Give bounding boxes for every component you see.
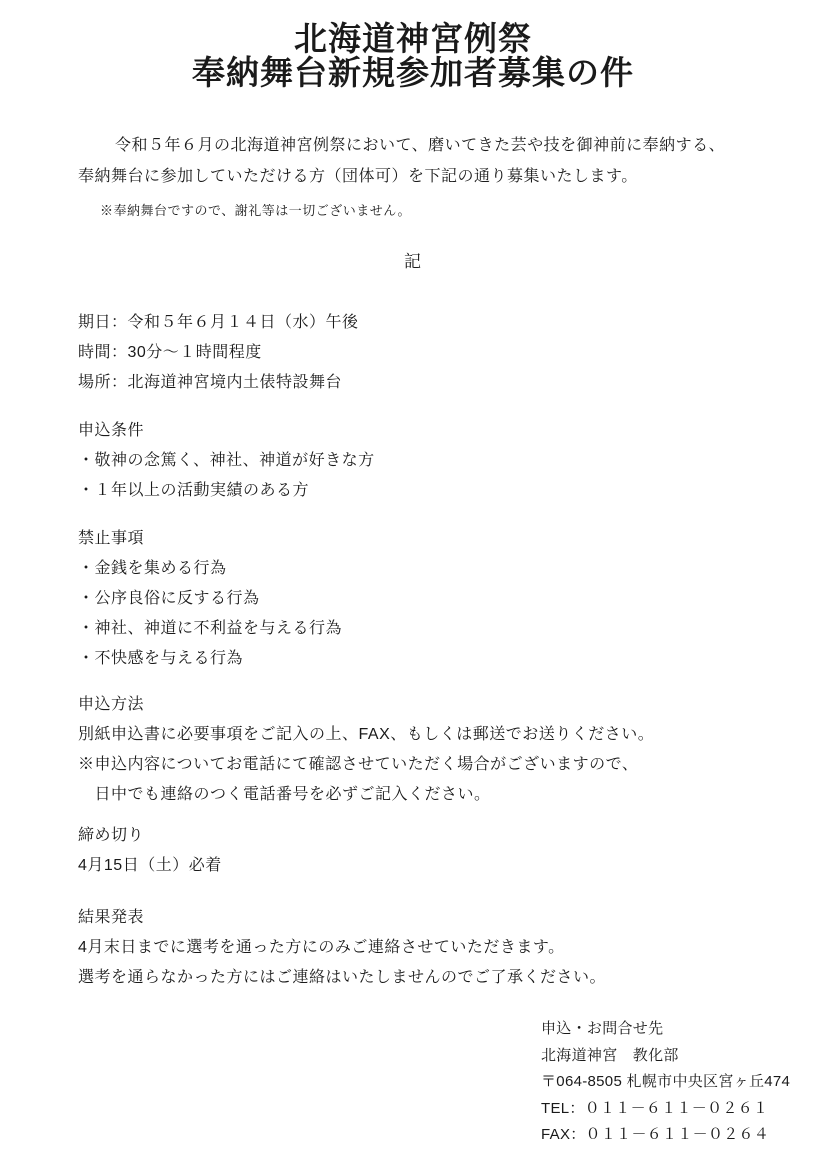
section-line: ・金銭を集める行為 [78,554,786,584]
section-line: 選考を通らなかった方にはご連絡はいたしませんのでご了承ください。 [78,963,786,993]
contact-tel: TEL：０１１－６１１－０２６１ [541,1096,826,1123]
detail-place-line: 場所：北海道神宮境内土俵特設舞台 [78,368,786,398]
section-application-conditions: 申込条件 ・敬神の念篤く、神社、神道が好きな方 ・１年以上の活動実績のある方 [78,416,786,506]
document-title: 北海道神宮例祭 奉納舞台新規参加者募集の件 [0,0,826,90]
section-line: ・敬神の念篤く、神社、神道が好きな方 [78,446,786,476]
document-body: 期日：令和５年６月１４日（水）午後 時間：30分～１時間程度 場所：北海道神宮境… [78,308,786,993]
section-line: ・神社、神道に不利益を与える行為 [78,614,786,644]
section-line: ※申込内容についてお電話にて確認させていただく場合がございますので、 [78,750,786,780]
section-heading: 申込方法 [78,690,786,720]
section-heading: 禁止事項 [78,524,786,554]
document-page: 北海道神宮例祭 奉納舞台新規参加者募集の件 令和５年６月の北海道神宮例祭において… [0,0,826,1169]
section-application-method: 申込方法 別紙申込書に必要事項をご記入の上、FAX、もしくは郵送でお送りください… [78,690,786,810]
record-marker: 記 [0,247,826,272]
section-deadline: 締め切り 4月15日（土）必着 [78,821,786,881]
section-prohibited-items: 禁止事項 ・金銭を集める行為 ・公序良俗に反する行為 ・神社、神道に不利益を与え… [78,524,786,674]
section-heading: 申込条件 [78,416,786,446]
contact-block: 申込・お問合せ先 北海道神宮 教化部 〒064-8505 札幌市中央区宮ヶ丘47… [541,1016,826,1149]
section-results-announcement: 結果発表 4月末日までに選考を通った方にのみご連絡させていただきます。 選考を通… [78,903,786,993]
title-line-1: 北海道神宮例祭 [294,20,532,57]
no-reward-note: ※奉納舞台ですので、謝礼等は一切ございません。 [100,200,826,219]
contact-fax: FAX：０１１－６１１－０２６４ [541,1122,826,1149]
intro-paragraph: 令和５年６月の北海道神宮例祭において、磨いてきた芸や技を御神前に奉納する、 奉納… [78,130,756,192]
intro-line-1: 令和５年６月の北海道神宮例祭において、磨いてきた芸や技を御神前に奉納する、 [78,130,756,161]
title-line-2: 奉納舞台新規参加者募集の件 [192,54,634,91]
contact-organization: 北海道神宮 教化部 [541,1043,826,1070]
contact-address: 〒064-8505 札幌市中央区宮ヶ丘474 [541,1069,826,1096]
event-details: 期日：令和５年６月１４日（水）午後 時間：30分～１時間程度 場所：北海道神宮境… [78,308,786,398]
section-line: ・不快感を与える行為 [78,644,786,674]
section-line: 日中でも連絡のつく電話番号を必ずご記入ください。 [78,780,786,810]
intro-line-2: 奉納舞台に参加していただける方（団体可）を下記の通り募集いたします。 [78,161,756,192]
section-line: 別紙申込書に必要事項をご記入の上、FAX、もしくは郵送でお送りください。 [78,720,786,750]
detail-time-line: 時間：30分～１時間程度 [78,338,786,368]
detail-date-line: 期日：令和５年６月１４日（水）午後 [78,308,786,338]
section-heading: 結果発表 [78,903,786,933]
section-line: ・公序良俗に反する行為 [78,584,786,614]
section-line: 4月15日（土）必着 [78,851,786,881]
contact-heading: 申込・お問合せ先 [541,1016,826,1043]
section-line: 4月末日までに選考を通った方にのみご連絡させていただきます。 [78,933,786,963]
section-line: ・１年以上の活動実績のある方 [78,476,786,506]
section-heading: 締め切り [78,821,786,851]
